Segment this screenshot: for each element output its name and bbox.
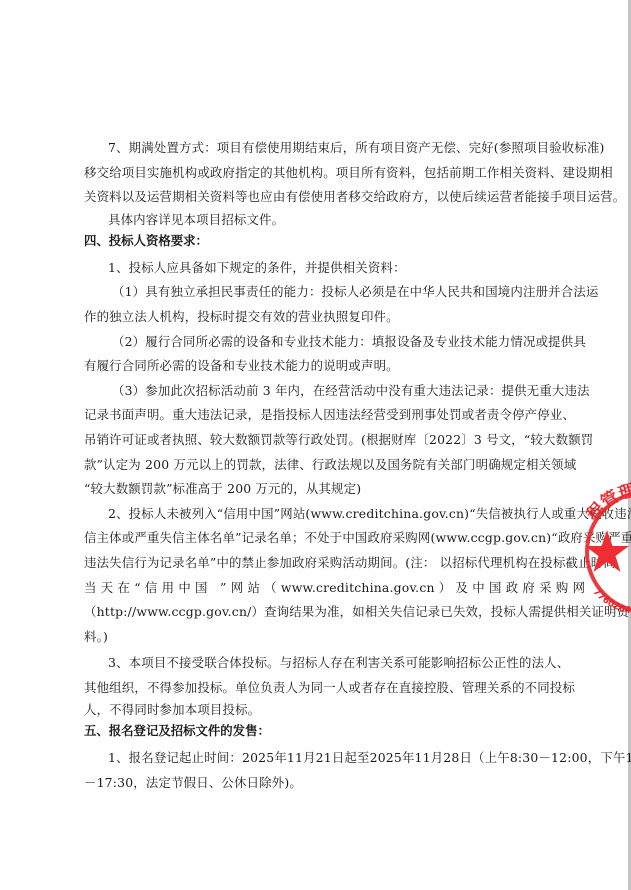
paragraph-line: 1、投标人应具备如下规定的条件，并提供相关资料： (84, 256, 558, 281)
paragraph-line: 人，不得同时参加本项目投标。 (84, 700, 558, 720)
seal-top-text: 程管理 (585, 480, 631, 525)
seal-icon: 程管理 7760284 (585, 474, 631, 624)
paragraph-line: 其他组织，不得参加投标。单位负责人为同一人或者存在直接控股、管理关系的不同投标 (84, 676, 558, 701)
paragraph-line: 3、本项目不接受联合体投标。与招标人存在利害关系可能影响招标公正性的法人、 (84, 651, 558, 676)
paragraph-line: 记录书面声明。重大违法记录，是指投标人因违法经营受到刑事处罚或者责令停产停业、 (84, 403, 558, 428)
paragraph-line: 具体内容详见本项目招标文件。 (84, 210, 558, 230)
svg-text:7760284: 7760284 (591, 587, 631, 616)
paragraph-line: （http://www.ccgp.gov.cn/）查询结果为准，如相关失信记录已… (84, 600, 558, 625)
paragraph-line: 信主体或严重失信主体名单”记录名单；不处于中国政府采购网(www.ccgp.go… (84, 526, 558, 551)
paragraph-line: 违法失信行为记录名单”中的禁止参加政府采购活动期间。(注： 以招标代理机构在投标… (84, 551, 558, 576)
official-seal: 程管理 7760284 (585, 474, 631, 624)
paragraph-line: 料。) (84, 625, 558, 650)
paragraph-line: 有履行合同所必需的设备和专业技术能力的说明或声明。 (84, 354, 558, 379)
paragraph-line: （1）具有独立承担民事责任的能力：投标人必须是在中华人民共和国境内注册并合法运 (84, 280, 558, 305)
paragraph-line: （2）履行合同所必需的设备和专业技术能力：填报设备及专业技术能力情况或提供具 (84, 330, 558, 355)
seal-bottom-text: 7760284 (591, 587, 631, 616)
section-heading-4: 四、投标人资格要求： (84, 230, 558, 252)
paragraph-line: 款”认定为 200 万元以上的罚款，法律、行政法规以及国务院有关部门明确规定相关… (84, 453, 558, 478)
section-heading-5: 五、报名登记及招标文件的发售： (84, 720, 558, 742)
paragraph-line: 吊销许可证或者执照、较大数额罚款等行政处罚。(根据财库〔2022〕3 号文，“较… (84, 428, 558, 453)
paragraph-line: 移交给项目实施机构或政府指定的其他机构。项目所有资料，包括前期工作相关资料、建设… (84, 161, 558, 186)
svg-text:程管理: 程管理 (585, 480, 631, 525)
star-icon (585, 530, 629, 572)
paragraph-line: 7、期满处置方式：项目有偿使用期结束后，所有项目资产无偿、完好(参照项目验收标准… (84, 136, 558, 161)
document-page: 7、期满处置方式：项目有偿使用期结束后，所有项目资产无偿、完好(参照项目验收标准… (0, 0, 631, 890)
paragraph-line: 当 天 在 “ 信 用 中 国 ” 网 站 （ www.creditchina.… (84, 576, 558, 601)
paragraph-line: “较大数额罚款”标准高于 200 万元的，从其规定) (84, 477, 558, 502)
paragraph-line: 1、报名登记起止时间：2025年11月21日起至2025年11月28日（上午8:… (84, 746, 558, 771)
paragraph-line: －17:30，法定节假日、公休日除外)。 (84, 771, 558, 796)
document-body: 7、期满处置方式：项目有偿使用期结束后，所有项目资产无偿、完好(参照项目验收标准… (84, 136, 558, 796)
paragraph-line: 2、投标人未被列入“信用中国”网站(www.creditchina.gov.cn… (84, 502, 558, 527)
paragraph-line: 关资料以及运营期相关资料等也应由有偿使用者移交给政府方，以使后续运营者能接手项目… (84, 185, 558, 210)
paragraph-line: （3）参加此次招标活动前 3 年内，在经营活动中没有重大违法记录：提供无重大违法 (84, 379, 558, 404)
paragraph-line: 作的独立法人机构，投标时提交有效的营业执照复印件。 (84, 305, 558, 330)
